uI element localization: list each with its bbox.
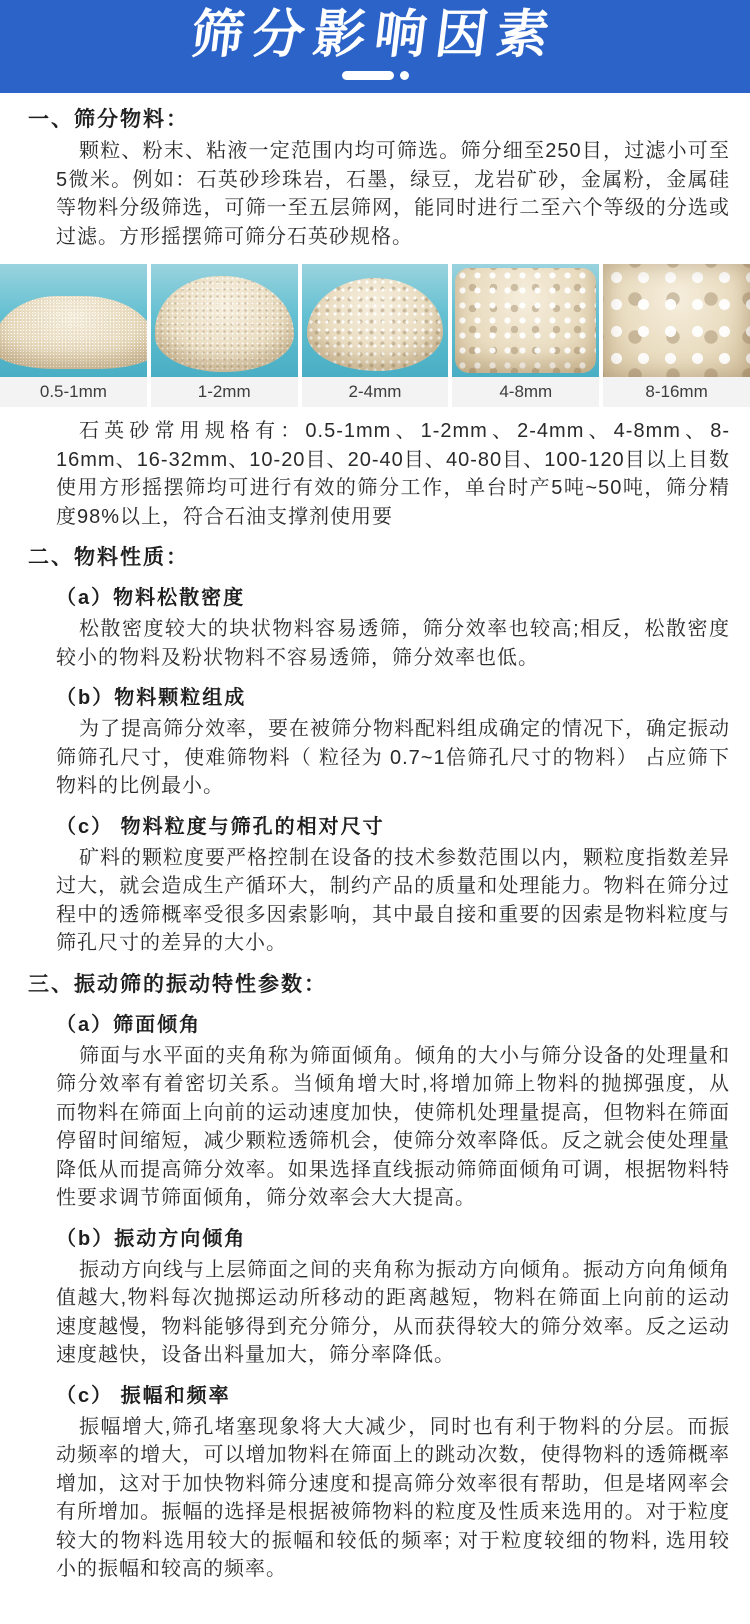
section-3-heading: 三、振动筛的振动特性参数：	[28, 971, 730, 999]
sand-sample-gallery: 0.5-1mm 1-2mm 2-4mm 4-8mm 8-16mm	[0, 264, 750, 407]
sand-photo-1-2mm	[151, 264, 298, 377]
section-2c-paragraph: 矿料的颗粒度要严格控制在设备的技术参数范围以内，颗粒度指数差异过大，就会造成生产…	[56, 844, 730, 958]
section-3c-paragraph: 振幅增大,筛孔堵塞现象将大大减少，同时也有利于物料的分层。而振动频率的增大，可以…	[56, 1413, 730, 1584]
sand-sample-tile: 1-2mm	[151, 264, 298, 407]
sand-sample-tile: 0.5-1mm	[0, 264, 147, 407]
sand-photo-2-4mm	[302, 264, 449, 377]
section-2a-paragraph: 松散密度较大的块状物料容易透筛，筛分效率也较高;相反，松散密度较小的物料及粉状物…	[56, 615, 730, 672]
page-title: 筛分影响因素	[0, 0, 750, 64]
sand-size-label: 4-8mm	[452, 377, 599, 407]
sand-sample-tile: 4-8mm	[452, 264, 599, 407]
sand-photo-4-8mm	[452, 264, 599, 377]
underline-dot-icon	[400, 71, 409, 80]
sand-photo-8-16mm	[603, 264, 750, 377]
section-3a-paragraph: 筛面与水平面的夹角称为筛面倾角。倾角的大小与筛分设备的处理量和筛分效率有着密切关…	[56, 1042, 730, 1213]
section-2b-paragraph: 为了提高筛分效率，要在被筛分物料配料组成确定的情况下，确定振动筛筛孔尺寸，使难筛…	[56, 715, 730, 801]
sand-size-label: 0.5-1mm	[0, 377, 147, 407]
section-1-heading: 一、筛分物料：	[28, 106, 730, 134]
article-body: 一、筛分物料： 颗粒、粉末、粘液一定范围内均可筛选。筛分细至250目，过滤小可至…	[0, 106, 750, 1624]
sand-size-label: 8-16mm	[603, 377, 750, 407]
sand-sample-tile: 8-16mm	[603, 264, 750, 407]
underline-dash-icon	[342, 71, 394, 80]
page-header: 筛分影响因素	[0, 0, 750, 93]
sand-pile	[455, 268, 596, 373]
sand-pile	[0, 296, 147, 369]
section-3c-subheading: （c） 振幅和频率	[56, 1382, 730, 1410]
section-3b-subheading: （b）振动方向倾角	[56, 1225, 730, 1253]
section-2a-subheading: （a）物料松散密度	[56, 584, 730, 612]
section-3b-paragraph: 振动方向线与上层筛面之间的夹角称为振动方向倾角。振动方向角倾角值越大,物料每次抛…	[56, 1256, 730, 1370]
sand-sample-tile: 2-4mm	[302, 264, 449, 407]
sand-photo-0-5-1mm	[0, 264, 147, 377]
sand-size-label: 1-2mm	[151, 377, 298, 407]
sand-pile	[307, 278, 444, 371]
section-2c-subheading: （c） 物料粒度与筛孔的相对尺寸	[56, 813, 730, 841]
sand-pile	[155, 276, 294, 372]
section-2-heading: 二、物料性质：	[28, 544, 730, 572]
section-2b-subheading: （b）物料颗粒组成	[56, 684, 730, 712]
sand-size-label: 2-4mm	[302, 377, 449, 407]
section-3a-subheading: （a）筛面倾角	[56, 1011, 730, 1039]
title-underline-decoration	[0, 70, 750, 80]
section-1-paragraph-intro: 颗粒、粉末、粘液一定范围内均可筛选。筛分细至250目，过滤小可至5微米。例如：石…	[56, 137, 730, 251]
section-1-paragraph-specs: 石英砂常用规格有：0.5-1mm、1-2mm、2-4mm、4-8mm、8-16m…	[56, 417, 730, 531]
sand-pile	[603, 264, 750, 377]
